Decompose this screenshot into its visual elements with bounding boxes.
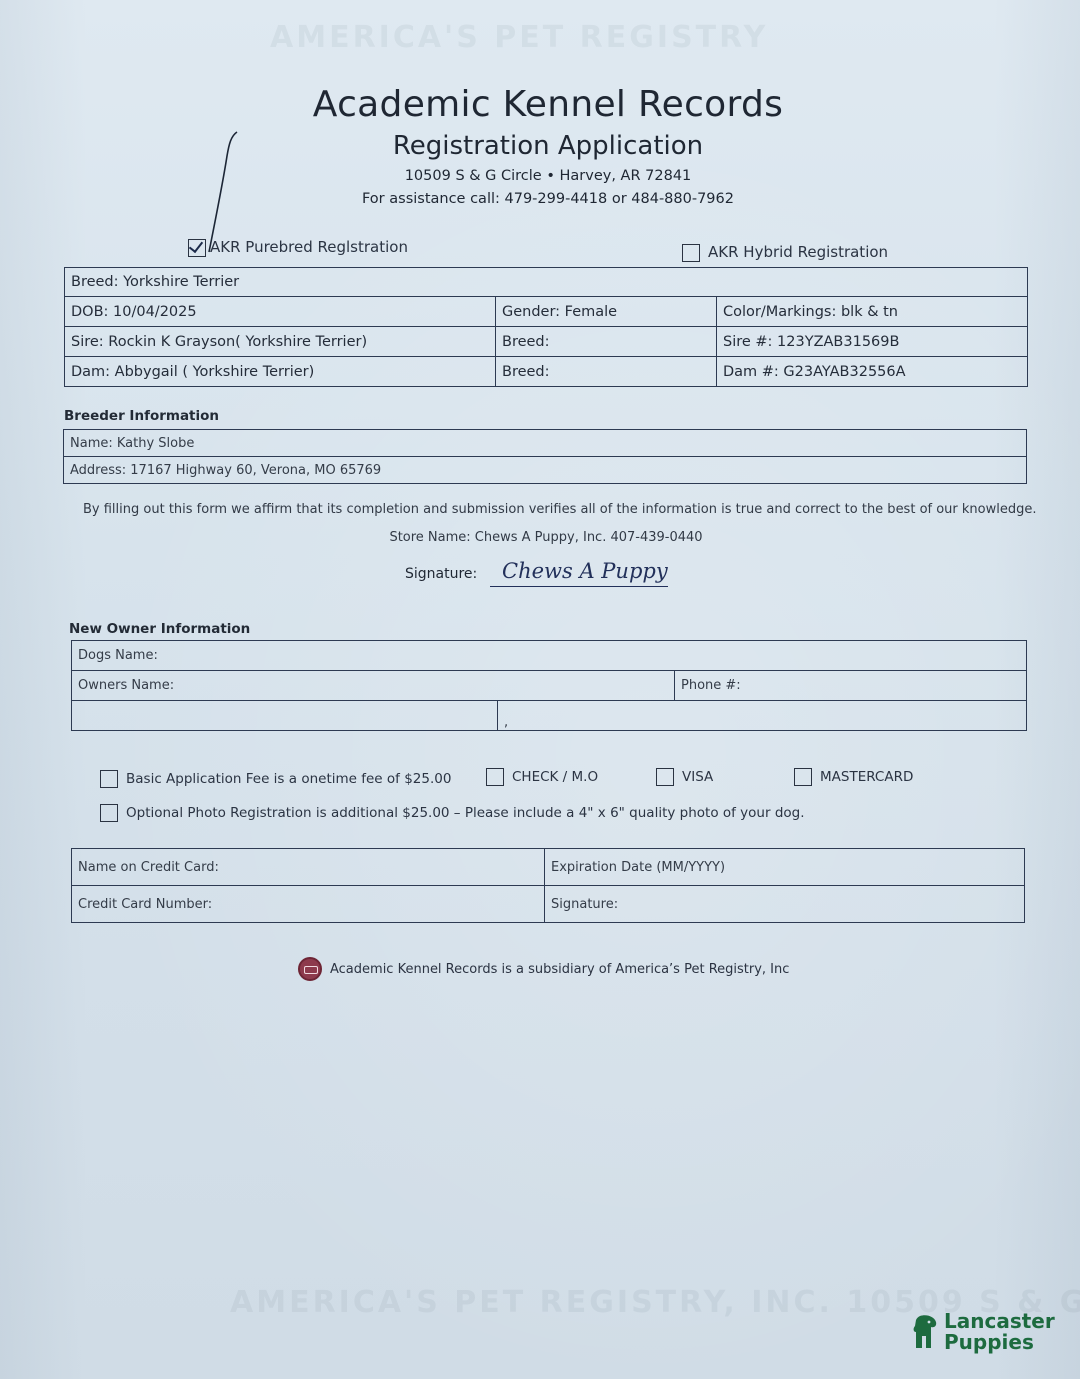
- breed-field[interactable]: Breed: Yorkshire Terrier: [65, 268, 1028, 297]
- hybrid-registration-option[interactable]: AKR Hybrid Registration: [682, 243, 888, 262]
- card-number-field[interactable]: Credit Card Number:: [72, 886, 545, 923]
- sire-field[interactable]: Sire: Rockin K Grayson( Yorkshire Terrie…: [65, 327, 496, 357]
- check-mo-checkbox[interactable]: [486, 768, 504, 786]
- registry-seal-icon: [298, 957, 322, 981]
- visa-label: VISA: [682, 769, 713, 785]
- assistance-phone: For assistance call: 479-299-4418 or 484…: [0, 191, 1080, 207]
- expiration-date-field[interactable]: Expiration Date (MM/YYYY): [545, 849, 1025, 886]
- dob-field[interactable]: DOB: 10/04/2025: [65, 297, 496, 327]
- registry-address: 10509 S & G Circle • Harvey, AR 72841: [0, 168, 1080, 184]
- dog-info-table: Breed: Yorkshire Terrier DOB: 10/04/2025…: [64, 267, 1028, 387]
- owner-blank-field-right[interactable]: ,: [498, 701, 1027, 731]
- breeder-address-field[interactable]: Address: 17167 Highway 60, Verona, MO 65…: [64, 457, 1027, 484]
- visa-checkbox[interactable]: [656, 768, 674, 786]
- subsidiary-note: Academic Kennel Records is a subsidiary …: [298, 957, 789, 981]
- breeder-table: Name: Kathy Slobe Address: 17167 Highway…: [63, 429, 1027, 484]
- mastercard-option[interactable]: MASTERCARD: [794, 768, 913, 786]
- brand-line-2: Puppies: [944, 1332, 1055, 1353]
- purebred-label: AKR Purebred Reglstration: [210, 238, 408, 256]
- store-name: Store Name: Chews A Puppy, Inc. 407-439-…: [0, 530, 1080, 545]
- dam-field[interactable]: Dam: Abbygail ( Yorkshire Terrier): [65, 357, 496, 387]
- form-subtitle: Registration Application: [0, 131, 1080, 161]
- credit-card-table: Name on Credit Card: Expiration Date (MM…: [71, 848, 1025, 923]
- brand-line-1: Lancaster: [944, 1311, 1055, 1332]
- card-signature-field[interactable]: Signature:: [545, 886, 1025, 923]
- photo-registration-checkbox[interactable]: [100, 804, 118, 822]
- lancaster-puppies-watermark: Lancaster Puppies: [912, 1311, 1055, 1353]
- sire-breed-field[interactable]: Breed:: [496, 327, 717, 357]
- breeder-name-field[interactable]: Name: Kathy Slobe: [64, 430, 1027, 457]
- sire-number-field[interactable]: Sire #: 123YZAB31569B: [717, 327, 1028, 357]
- hybrid-checkbox[interactable]: [682, 244, 700, 262]
- bleed-through-text: AMERICA'S PET REGISTRY: [270, 20, 768, 55]
- check-mo-option[interactable]: CHECK / M.O: [486, 768, 598, 786]
- owner-blank-field-left[interactable]: [72, 701, 498, 731]
- dogs-name-field[interactable]: Dogs Name:: [72, 641, 1027, 671]
- subsidiary-text: Academic Kennel Records is a subsidiary …: [330, 962, 789, 977]
- mastercard-checkbox[interactable]: [794, 768, 812, 786]
- affirmation-statement: By filling out this form we affirm that …: [83, 502, 1037, 517]
- color-markings-field[interactable]: Color/Markings: blk & tn: [717, 297, 1028, 327]
- owners-name-field[interactable]: Owners Name:: [72, 671, 675, 701]
- photo-registration-option[interactable]: Optional Photo Registration is additiona…: [100, 804, 805, 822]
- hybrid-label: AKR Hybrid Registration: [708, 243, 888, 261]
- store-signature[interactable]: Chews A Puppy: [490, 556, 668, 587]
- dog-silhouette-icon: [912, 1314, 938, 1350]
- dam-breed-field[interactable]: Breed:: [496, 357, 717, 387]
- purebred-registration-option[interactable]: AKR Purebred Reglstration: [188, 238, 408, 257]
- purebred-checkbox[interactable]: [188, 239, 206, 257]
- gender-field[interactable]: Gender: Female: [496, 297, 717, 327]
- phone-field[interactable]: Phone #:: [675, 671, 1027, 701]
- new-owner-table: Dogs Name: Owners Name: Phone #: ,: [71, 640, 1027, 731]
- mastercard-label: MASTERCARD: [820, 769, 913, 785]
- form-title: Academic Kennel Records: [0, 84, 1080, 125]
- dam-number-field[interactable]: Dam #: G23AYAB32556A: [717, 357, 1028, 387]
- photo-registration-label: Optional Photo Registration is additiona…: [126, 805, 805, 821]
- name-on-card-field[interactable]: Name on Credit Card:: [72, 849, 545, 886]
- basic-fee-option[interactable]: Basic Application Fee is a onetime fee o…: [100, 770, 451, 788]
- visa-option[interactable]: VISA: [656, 768, 713, 786]
- basic-fee-checkbox[interactable]: [100, 770, 118, 788]
- new-owner-section-label: New Owner Information: [69, 621, 250, 637]
- breeder-section-label: Breeder Information: [64, 408, 219, 424]
- store-signature-label: Signature:: [405, 566, 477, 582]
- basic-fee-label: Basic Application Fee is a onetime fee o…: [126, 771, 451, 787]
- check-mo-label: CHECK / M.O: [512, 769, 598, 785]
